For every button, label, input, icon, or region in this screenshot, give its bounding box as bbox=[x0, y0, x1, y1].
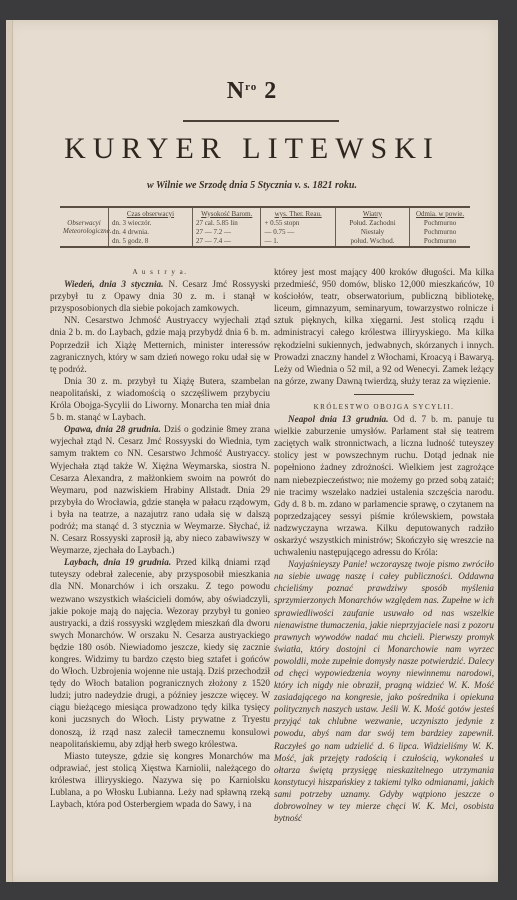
address-to-king: Nayjaśnieyszy Panie! wczorayszę twoje pi… bbox=[274, 558, 494, 824]
masthead-rule bbox=[183, 120, 339, 122]
right-column: którey jest most mający 400 kroków długo… bbox=[274, 266, 494, 824]
weather-col-time: Czas obserwacyi dn. 3 wieczór. dn. 4 drw… bbox=[109, 208, 193, 246]
weather-table: Obserwacyi Meteorologiczne. Czas obserwa… bbox=[60, 206, 470, 248]
weather-col-barometer: Wysokość Barom. 27 cal. 5.85 lin 27 — 7.… bbox=[193, 208, 262, 246]
section-divider bbox=[354, 394, 414, 395]
section-heading-two-sicilies: KRÓLESTWO OBOJGA SYCYLII. bbox=[274, 401, 494, 413]
article-paragraph: Wiedeń, dnia 3 stycznia. N. Cesarz Jmć R… bbox=[50, 278, 270, 314]
article-paragraph: Laybach, dnia 19 grudnia. Przed kilką dn… bbox=[50, 556, 270, 750]
newspaper-title: KURYER LITEWSKI bbox=[6, 132, 498, 166]
weather-label: Obserwacyi Meteorologiczne. bbox=[60, 208, 109, 246]
article-paragraph: którey jest most mający 400 kroków długo… bbox=[274, 266, 494, 387]
issue-number: Nro 2 bbox=[6, 78, 498, 105]
newspaper-page: Nro 2 KURYER LITEWSKI w Wilnie we Srzodę… bbox=[6, 20, 498, 882]
dateline: w Wilnie we Srzodę dnia 5 Stycznia v. s.… bbox=[6, 180, 498, 191]
left-column: A u s t r y a. Wiedeń, dnia 3 stycznia. … bbox=[50, 266, 270, 810]
article-paragraph: NN. Cesarstwo Jchmość Austryaccy wyjecha… bbox=[50, 314, 270, 374]
article-paragraph: Dnia 30 z. m. przybył tu Xiążę Butera, s… bbox=[50, 375, 270, 423]
article-paragraph: Neapol dnia 13 grudnia. Od d. 7 b. m. pa… bbox=[274, 413, 494, 558]
section-heading-austria: A u s t r y a. bbox=[50, 266, 270, 278]
weather-col-thermometer: wys. Ther. Reau. + 0.55 stopn — 0.75 — —… bbox=[261, 208, 335, 246]
article-paragraph: Opawa, dnia 28 grudnia. Dziś o godzinie … bbox=[50, 423, 270, 556]
article-paragraph: Miasto tuteysze, gdzie się kongres Monar… bbox=[50, 750, 270, 810]
weather-col-sky: Odmia. w powie. Pochmurno Pochmurno Poch… bbox=[410, 208, 470, 246]
weather-col-winds: Wiatry Połud. Zachodni Niestały połud. W… bbox=[336, 208, 410, 246]
